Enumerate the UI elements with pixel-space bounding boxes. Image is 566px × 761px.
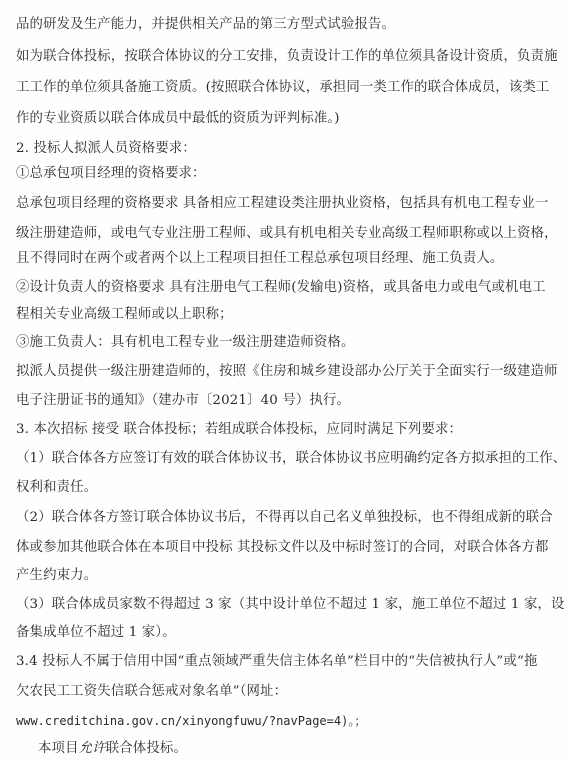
text-line: 且不得同时在两个或者两个以上工程项目担任工程总承包项目经理、施工负责人。 [16, 251, 556, 267]
text-line: 品的研发及生产能力，并提供相关产品的第三方型式试验报告。 [16, 17, 556, 33]
text-line: 总承包项目经理的资格要求 具备相应工程建设类注册执业资格，包括具有机电工程专业一 [16, 196, 556, 212]
text-line: 工工作的单位须具备施工资质。(按照联合体协议，承担同一类工作的联合体成员，该类工 [16, 80, 556, 96]
final-statement: 本项目允许联合体投标。 [38, 741, 556, 757]
subsection-heading: ①总承包项目经理的资格要求： [16, 166, 556, 182]
text-line: 备集成单位不超过 1 家）。 [16, 625, 556, 641]
text-line: ③施工负责人：具有机电工程专业一级注册建造师资格。 [16, 335, 556, 351]
text-line: 级注册建造师，或电气专业注册工程师、或具有机电相关专业高级工程师职称或以上资格， [16, 226, 556, 242]
text-line: （1）联合体各方应签订有效的联合体协议书，联合体协议书应明确约定各方拟承担的工作… [16, 451, 556, 467]
section-heading: 3.4 投标人不属于信用中国“重点领域严重失信主体名单”栏目中的“失信被执行人”… [16, 654, 556, 670]
final-prefix: 本项目 [38, 741, 79, 756]
text-line: 作的专业资质以联合体成员中最低的资质为评判标准。) [16, 111, 556, 127]
text-line: （3）联合体成员家数不得超过 3 家（其中设计单位不超过 1 家，施工单位不超过… [16, 597, 556, 613]
text-line: 欠农民工工资失信联合惩戒对象名单”（网址： [16, 684, 556, 700]
text-line: 电子注册证书的通知》（建办市〔2021〕40 号）执行。 [16, 393, 556, 409]
text-line: 拟派人员提供一级注册建造师的，按照《住房和城乡建设部办公厅关于全面实行一级建造师 [16, 364, 556, 380]
text-line: 权利和责任。 [16, 480, 556, 496]
url-line: www.creditchina.gov.cn/xinyongfuwu/?navP… [16, 713, 556, 729]
text-line: 体或参加其他联合体在本项目中投标 其投标文件以及中标时签订的合同，对联合体各方都 [16, 540, 556, 556]
section-heading: 2. 投标人拟派人员资格要求： [16, 141, 556, 157]
text-line: （2）联合体各方签订联合体协议书后，不得再以自己名义单独投标，也不得组成新的联合 [16, 510, 556, 526]
section-heading: 3. 本次招标 接受 联合体投标；若组成联合体投标，应同时满足下列要求： [16, 422, 556, 438]
text-line: ②设计负责人的资格要求 具有注册电气工程师(发输电)资格，或具备电力或电气或机电… [16, 280, 556, 296]
text-line: 产生约束力。 [16, 568, 556, 584]
text-line: 程相关专业高级工程师或以上职称； [16, 307, 556, 323]
text-line: 如为联合体投标，按联合体协议的分工安排，负责设计工作的单位须具备设计资质，负责施 [16, 49, 556, 65]
emphasis-text: 允许 [79, 741, 106, 756]
document-page: 品的研发及生产能力，并提供相关产品的第三方型式试验报告。 如为联合体投标，按联合… [0, 0, 566, 761]
final-suffix: 联合体投标。 [106, 741, 187, 756]
